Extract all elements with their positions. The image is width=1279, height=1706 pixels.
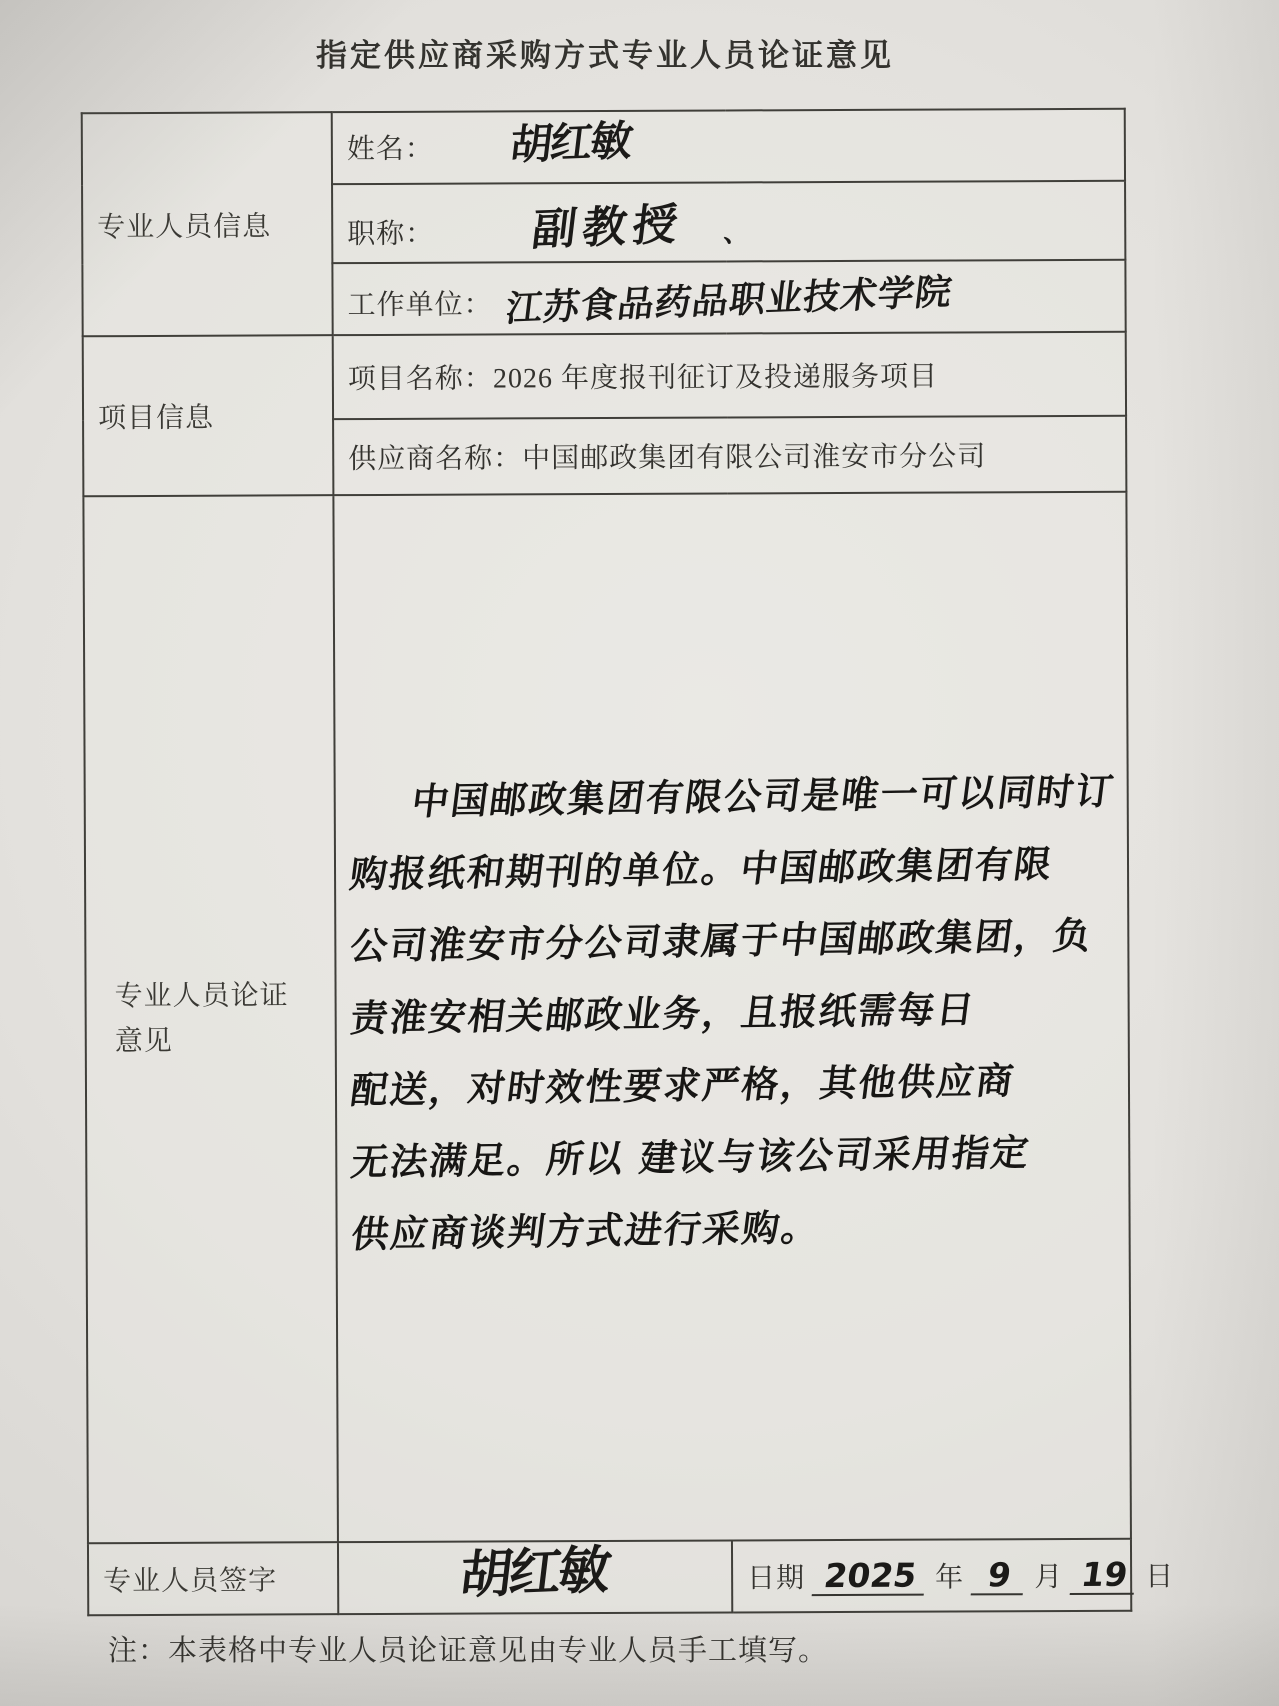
cell-signature: 胡红敏	[338, 1540, 732, 1614]
section-personnel-info: 专业人员信息	[82, 112, 333, 336]
date-year-handwritten: 2025	[812, 1559, 929, 1597]
cell-date: 日期 2025 年 9 月 19 日	[732, 1539, 1131, 1613]
cell-opinion-handwritten: 中国邮政集团有限公司是唯一可以同时订 购报纸和期刊的单位。中国邮政集团有限 公司…	[333, 492, 1131, 1542]
project-name-label: 项目名称：	[348, 363, 493, 395]
opinion-handwritten-line: 购报纸和期刊的单位。中国邮政集团有限	[346, 827, 1119, 910]
cell-job-title: 职称： 副教授 、	[332, 181, 1125, 263]
section-project-info: 项目信息	[83, 335, 334, 496]
cell-project-name: 项目名称：2026 年度报刊征订及投递服务项目	[333, 332, 1126, 419]
date-day-unit: 日	[1145, 1562, 1174, 1593]
row-project-name: 项目信息 项目名称：2026 年度报刊征订及投递服务项目	[83, 332, 1126, 421]
work-unit-label: 工作单位：	[348, 289, 493, 321]
footnote: 注：本表格中专业人员论证意见由专业人员手工填写。	[108, 1628, 828, 1669]
signature-handwritten: 胡红敏	[457, 1527, 614, 1608]
name-handwritten-value: 胡红敏	[507, 108, 635, 173]
cell-work-unit: 工作单位： 江苏食品药品职业技术学院	[332, 260, 1125, 335]
opinion-label-line2: 意见	[115, 1019, 321, 1065]
job-title-label: 职称：	[347, 218, 434, 249]
date-month-unit: 月	[1034, 1562, 1063, 1593]
project-name-value: 2026 年度报刊征订及投递服务项目	[493, 362, 938, 395]
supplier-name-label: 供应商名称：	[348, 443, 522, 475]
date-day-handwritten: 19	[1070, 1558, 1139, 1595]
cell-name: 姓名： 胡红敏	[332, 109, 1125, 184]
opinion-handwritten-line: 配送，对时效性要求严格，其他供应商	[346, 1043, 1119, 1126]
date-year-unit: 年	[935, 1562, 964, 1593]
opinion-label-line1: 专业人员论证	[114, 974, 320, 1020]
date-month-handwritten: 9	[971, 1558, 1028, 1595]
document-title: 指定供应商采购方式专业人员论证意见	[0, 30, 1210, 75]
opinion-handwritten-line: 无法满足。所以 建议与该公司采用指定	[347, 1115, 1120, 1198]
name-label: 姓名：	[347, 134, 434, 165]
cell-supplier-name: 供应商名称：中国邮政集团有限公司淮安市分公司	[333, 416, 1126, 495]
job-title-handwritten-value: 副教授	[529, 188, 687, 258]
row-opinion: 专业人员论证 意见 中国邮政集团有限公司是唯一可以同时订 购报纸和期刊的单位。中…	[83, 492, 1131, 1544]
opinion-handwritten-line: 中国邮政集团有限公司是唯一可以同时订	[345, 755, 1118, 838]
opinion-handwritten-line: 供应商谈判方式进行采购。	[347, 1187, 1120, 1270]
opinion-handwritten-line: 责淮安相关邮政业务，且报纸需每日	[346, 971, 1119, 1054]
stray-pen-mark: 、	[722, 211, 753, 249]
supplier-name-value: 中国邮政集团有限公司淮安市分公司	[522, 441, 986, 474]
work-unit-handwritten-value: 江苏食品药品职业技术学院	[503, 263, 955, 331]
row-name: 专业人员信息 姓名： 胡红敏	[82, 109, 1125, 186]
signature-label: 专业人员签字	[88, 1542, 338, 1615]
date-label: 日期	[747, 1563, 805, 1594]
opinion-handwritten-line: 公司淮安市分公司隶属于中国邮政集团，负	[346, 899, 1119, 982]
verification-form-table: 专业人员信息 姓名： 胡红敏 职称： 副教授 、 工作单位： 江苏食品药品职业技…	[81, 108, 1133, 1617]
row-signature: 专业人员签字 胡红敏 日期 2025 年 9 月 19 日	[88, 1539, 1131, 1616]
section-opinion: 专业人员论证 意见	[83, 495, 338, 1543]
